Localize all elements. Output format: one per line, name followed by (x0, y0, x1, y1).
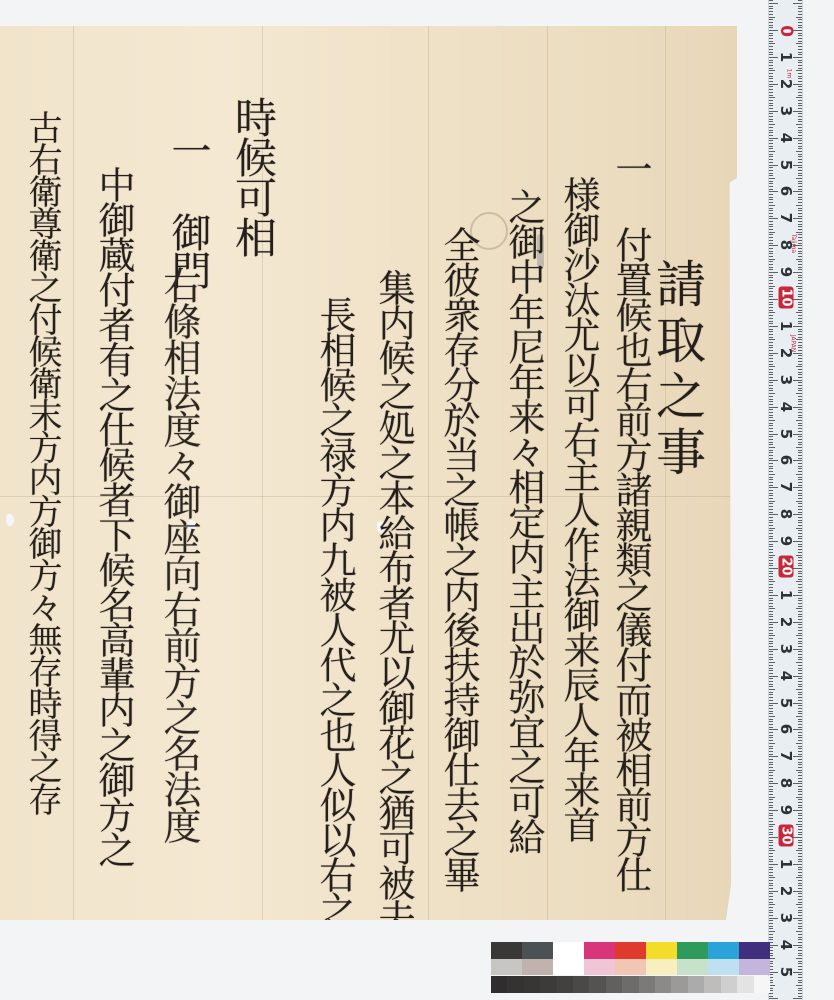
ruler-tick (769, 603, 773, 604)
ruler-tick (769, 428, 773, 429)
ruler-tick (769, 651, 773, 652)
ruler-tick (769, 86, 773, 87)
ruler-tick (769, 781, 773, 782)
ruler-tick (798, 436, 802, 437)
ruler-tick (796, 70, 802, 71)
ruler-number: 9 (777, 799, 795, 821)
ruler-tick (769, 555, 775, 556)
ruler-tick (798, 216, 802, 217)
ruler-tick (769, 331, 773, 332)
ruler-tick (798, 170, 802, 171)
ruler-tick (769, 364, 773, 365)
ruler-tick (769, 630, 773, 631)
ruler-tick (769, 194, 773, 195)
ruler-tick (796, 931, 802, 932)
ruler-tick (769, 673, 773, 674)
ruler-number: 4 (777, 127, 795, 149)
ruler-tick (798, 735, 802, 736)
ruler-tick (769, 705, 773, 706)
ruler-tick (796, 312, 802, 313)
ruler-tick (769, 861, 773, 862)
ruler-tick (798, 146, 802, 147)
ruler-tick (793, 299, 802, 300)
ruler-tick (798, 396, 802, 397)
ruler-tick (798, 888, 802, 889)
ruler-tick (798, 73, 802, 74)
ruler-tick (798, 746, 802, 747)
ruler-tick (769, 560, 773, 561)
ruler-tick (798, 813, 802, 814)
ruler-tick (798, 829, 802, 830)
ruler-tick (798, 92, 802, 93)
color-patch (540, 976, 556, 993)
ruler-tick (769, 538, 773, 539)
text-column-1: 一 付置候也右前方諸親類之儀付而被相前方仕 (612, 150, 649, 891)
ruler-number: 1 (777, 853, 795, 875)
ruler-tick (798, 875, 802, 876)
ruler-tick (769, 78, 773, 79)
ruler-tick (769, 501, 775, 502)
ruler-tick (798, 961, 802, 962)
ruler-tick (798, 988, 802, 989)
color-patch (584, 942, 615, 959)
ruler-tick (769, 277, 773, 278)
ruler-tick (798, 786, 802, 787)
ruler-tick (769, 415, 773, 416)
ruler-tick (769, 267, 773, 268)
ruler-tick (798, 627, 802, 628)
ruler-tick (769, 52, 773, 53)
color-patch (655, 976, 671, 993)
ruler-tick (769, 113, 773, 114)
ruler-tick (798, 520, 802, 521)
ruler-number: 6 (777, 718, 795, 740)
color-patch (553, 959, 584, 976)
ruler-tick (769, 896, 773, 897)
ruler-tick (798, 684, 802, 685)
ruler-tick (798, 711, 802, 712)
ruler-tick (769, 549, 773, 550)
color-patch (524, 976, 540, 993)
ruler-tick (769, 633, 773, 634)
ruler-tick (798, 928, 802, 929)
ruler-tick (769, 877, 775, 878)
document-title: 請取之事 (652, 258, 702, 482)
ruler-tick (798, 856, 802, 857)
ruler-tick (769, 772, 773, 773)
ruler-tick (769, 33, 773, 34)
ruler-tick (769, 463, 773, 464)
ruler-tick (769, 996, 773, 997)
ruler-tick (769, 697, 773, 698)
ruler-tick (769, 358, 773, 359)
ruler-tick (798, 86, 802, 87)
ruler-number: 7 (777, 745, 795, 767)
color-patch (708, 942, 739, 959)
ruler-tick (769, 105, 773, 106)
ruler-tick (769, 458, 773, 459)
ruler-label-brand: Tajima (790, 234, 797, 253)
ruler-tick (798, 939, 802, 940)
ruler-tick (769, 791, 773, 792)
ruler-tick (798, 127, 802, 128)
color-patch (615, 959, 646, 976)
ruler-tick (798, 8, 802, 9)
ruler-tick (769, 522, 773, 523)
ruler-tick (798, 598, 802, 599)
ruler-tick (769, 778, 773, 779)
ruler-tick (769, 366, 775, 367)
text-column-7: 時候可相 (232, 96, 274, 256)
ruler-tick (769, 14, 773, 15)
ruler-tick (769, 339, 775, 340)
ruler-tick (769, 754, 773, 755)
ruler-tick (798, 113, 802, 114)
ruler-tick (796, 17, 802, 18)
color-patch (491, 976, 507, 993)
ruler-tick (798, 269, 802, 270)
ruler-tick (769, 390, 773, 391)
ruler-tick (769, 385, 773, 386)
ruler-tick (769, 571, 773, 572)
ruler-tick (769, 181, 773, 182)
ruler-tick (769, 845, 773, 846)
ruler-tick (769, 256, 773, 257)
ruler-tick (798, 143, 802, 144)
ruler-tick (769, 60, 773, 61)
ruler-tick (796, 985, 802, 986)
ruler-tick (798, 337, 802, 338)
ruler-tick (769, 821, 773, 822)
ruler-tick (769, 27, 773, 28)
ruler-tick (769, 261, 773, 262)
ruler-tick (798, 442, 802, 443)
color-patch (639, 976, 655, 993)
ruler-tick (798, 950, 802, 951)
ruler-tick (769, 450, 773, 451)
ruler-tick (798, 794, 802, 795)
ruler-tick (798, 364, 802, 365)
ruler-tick (796, 124, 802, 125)
ruler-tick (798, 240, 802, 241)
ruler-tick (769, 692, 773, 693)
ruler-tick (769, 767, 773, 768)
ruler-tick (798, 630, 802, 631)
ruler-tick (769, 818, 773, 819)
ruler-tick (769, 525, 773, 526)
ruler-tick (796, 904, 802, 905)
ruler-tick (798, 331, 802, 332)
ruler-tick (769, 396, 773, 397)
ruler-tick (769, 923, 773, 924)
ruler-tick (769, 533, 773, 534)
ruler-tick (769, 875, 773, 876)
ruler-tick (769, 832, 773, 833)
ruler-tick (769, 318, 773, 319)
ruler-tick (798, 415, 802, 416)
ruler-tick (798, 140, 802, 141)
ruler-tick (769, 337, 773, 338)
color-calibration-chart (491, 942, 770, 993)
ruler-tick (798, 732, 802, 733)
ruler-tick (769, 251, 773, 252)
ruler-tick (798, 237, 802, 238)
ruler-tick (798, 533, 802, 534)
ruler-tick (798, 181, 802, 182)
ruler-tick (769, 920, 773, 921)
ruler-tick (798, 444, 802, 445)
ruler-number: 2 (777, 880, 795, 902)
ruler-tick (769, 299, 778, 300)
ruler-tick (798, 288, 802, 289)
ruler-tick (769, 167, 773, 168)
ruler-number: 10 (779, 287, 794, 309)
ruler-number: 20 (779, 556, 794, 578)
ruler-tick (796, 232, 802, 233)
ruler-tick (769, 425, 773, 426)
ruler-tick (769, 598, 773, 599)
ruler-number: 6 (777, 180, 795, 202)
ruler-tick (798, 264, 802, 265)
ruler-tick (769, 608, 775, 609)
ruler-tick (769, 401, 773, 402)
ruler-tick (798, 646, 802, 647)
ruler-tick (769, 807, 773, 808)
ruler-tick (798, 342, 802, 343)
ruler-number: 1 (777, 315, 795, 337)
ruler-tick (798, 573, 802, 574)
ruler-tick (769, 659, 773, 660)
ruler-tick (798, 452, 802, 453)
ruler-tick (798, 590, 802, 591)
ruler-tick (798, 530, 802, 531)
ruler-tick (769, 557, 773, 558)
ruler-tick (769, 493, 773, 494)
ruler-tick (798, 772, 802, 773)
ruler-tick (769, 912, 773, 913)
ruler-tick (798, 361, 802, 362)
ruler-tick (769, 412, 773, 413)
ruler-tick (798, 156, 802, 157)
ruler-tick (769, 417, 773, 418)
ruler-tick (769, 700, 773, 701)
ruler-number: 1 (777, 46, 795, 68)
ruler-tick (769, 140, 773, 141)
ruler-tick (769, 592, 773, 593)
ruler-tick (798, 848, 802, 849)
ruler-tick (769, 482, 773, 483)
ruler-tick (798, 374, 802, 375)
ruler-tick (769, 294, 773, 295)
ruler-tick (798, 638, 802, 639)
ruler-tick (798, 576, 802, 577)
ruler-tick (769, 611, 773, 612)
ruler-tick (798, 358, 802, 359)
ruler-tick (769, 280, 773, 281)
ruler-tick (796, 743, 802, 744)
ruler-tick (798, 60, 802, 61)
ruler-tick (769, 361, 773, 362)
ruler-tick (798, 334, 802, 335)
ruler-tick (769, 116, 773, 117)
ruler-tick (769, 856, 773, 857)
ruler-tick (769, 546, 773, 547)
ruler-tick (793, 998, 802, 999)
ruler-tick (798, 425, 802, 426)
ruler-tick (769, 716, 775, 717)
ruler-tick (769, 746, 773, 747)
ruler-tick (798, 614, 802, 615)
ruler-tick (798, 253, 802, 254)
ruler-tick (798, 872, 802, 873)
ruler-tick (769, 97, 775, 98)
color-patch (522, 942, 553, 959)
ruler-tick (798, 62, 802, 63)
ruler-tick (769, 883, 773, 884)
ruler-tick (769, 151, 775, 152)
ruler-tick (769, 867, 773, 868)
ruler-tick (798, 213, 802, 214)
ruler-tick (798, 0, 802, 1)
ruler-tick (769, 146, 773, 147)
ruler-tick (769, 329, 773, 330)
ruler-tick (798, 482, 802, 483)
ruler-tick (769, 528, 775, 529)
ruler-tick (798, 990, 802, 991)
ruler-tick (769, 904, 775, 905)
ruler-tick (798, 821, 802, 822)
ruler-tick (769, 154, 773, 155)
ruler-tick (769, 127, 773, 128)
ruler-tick (769, 635, 775, 636)
ruler-tick (769, 764, 773, 765)
ruler-tick (769, 934, 773, 935)
ruler-tick (798, 423, 802, 424)
color-patch (507, 976, 523, 993)
ruler-tick (798, 845, 802, 846)
ruler-tick (769, 740, 773, 741)
ruler-tick (769, 374, 773, 375)
color-patch (721, 976, 737, 993)
ruler-tick (769, 928, 773, 929)
ruler-number: 4 (777, 665, 795, 687)
ruler-tick (798, 893, 802, 894)
color-patches-top (491, 942, 770, 959)
ruler-tick (769, 342, 773, 343)
ruler-tick (798, 724, 802, 725)
ruler-tick (798, 705, 802, 706)
ruler-tick (769, 853, 773, 854)
ruler-tick (769, 81, 773, 82)
ruler-tick (769, 103, 773, 104)
ruler-tick (798, 600, 802, 601)
document-paper: 請取之事 一 付置候也右前方諸親類之儀付而被相前方仕 様御沙汰尤以可右主人作法御… (0, 26, 737, 920)
ruler-tick (798, 977, 802, 978)
ruler-tick (769, 751, 773, 752)
text-column-6: 長相候之禄方内九被人代之也人似以右之以存 (316, 296, 353, 996)
ruler-number: 7 (777, 476, 795, 498)
ruler-tick (798, 762, 802, 763)
ruler-number: 1 (777, 584, 795, 606)
ruler-tick (769, 275, 773, 276)
ruler-tick (769, 815, 773, 816)
ruler-tick (769, 248, 773, 249)
ruler-tick (798, 549, 802, 550)
ruler-tick (798, 681, 802, 682)
ruler-tick (798, 350, 802, 351)
ruler-tick (769, 614, 773, 615)
ruler-tick (798, 428, 802, 429)
ruler-tick (798, 659, 802, 660)
text-column-5: 集内候之処之本給布者尤以御花之猶可被去 (375, 269, 412, 934)
ruler-tick (769, 73, 773, 74)
ruler-tick (769, 724, 773, 725)
ruler-tick (769, 420, 775, 421)
ruler-tick (798, 902, 802, 903)
ruler-tick (798, 923, 802, 924)
ruler-number: 5 (777, 154, 795, 176)
ruler-tick (769, 409, 773, 410)
ruler-tick (769, 530, 773, 531)
ruler-tick (798, 966, 802, 967)
ruler-tick (769, 216, 773, 217)
ruler-tick (798, 673, 802, 674)
color-patch (615, 942, 646, 959)
ruler-tick (798, 103, 802, 104)
ruler-tick (798, 899, 802, 900)
ruler-tick (798, 38, 802, 39)
ruler-tick (798, 377, 802, 378)
ruler-tick (798, 517, 802, 518)
ruler-tick (769, 797, 775, 798)
ruler-tick (798, 584, 802, 585)
ruler-tick (769, 665, 773, 666)
ruler-tick (798, 546, 802, 547)
ruler-tick (798, 345, 802, 346)
ruler-tick (769, 837, 778, 838)
ruler-tick (798, 721, 802, 722)
ruler-tick (796, 850, 802, 851)
ruler-tick (769, 92, 773, 93)
ruler-tick (798, 11, 802, 12)
ruler-tick (769, 35, 773, 36)
ruler-number: 7 (777, 207, 795, 229)
ruler-tick (769, 49, 773, 50)
ruler-tick (769, 563, 773, 564)
ruler-tick (798, 321, 802, 322)
ruler-tick (798, 778, 802, 779)
ruler-number: 0 (776, 20, 796, 42)
color-patch (739, 959, 770, 976)
text-column-2: 様御沙汰尤以可右主人作法御来辰人年来首 (560, 176, 597, 841)
ruler-tick (798, 619, 802, 620)
ruler-tick (798, 479, 802, 480)
ruler-tick (769, 479, 773, 480)
ruler-tick (798, 934, 802, 935)
ruler-label-origin: JAPAN (789, 335, 796, 353)
ruler-tick (769, 789, 773, 790)
ruler-tick (798, 229, 802, 230)
ruler-tick (769, 369, 773, 370)
ruler-tick (769, 108, 773, 109)
ruler-tick (769, 848, 773, 849)
ruler-tick (798, 503, 802, 504)
ruler-tick (798, 251, 802, 252)
ruler-tick (769, 119, 773, 120)
ruler-tick (769, 312, 775, 313)
ruler-tick (769, 799, 773, 800)
ruler-tick (769, 512, 773, 513)
